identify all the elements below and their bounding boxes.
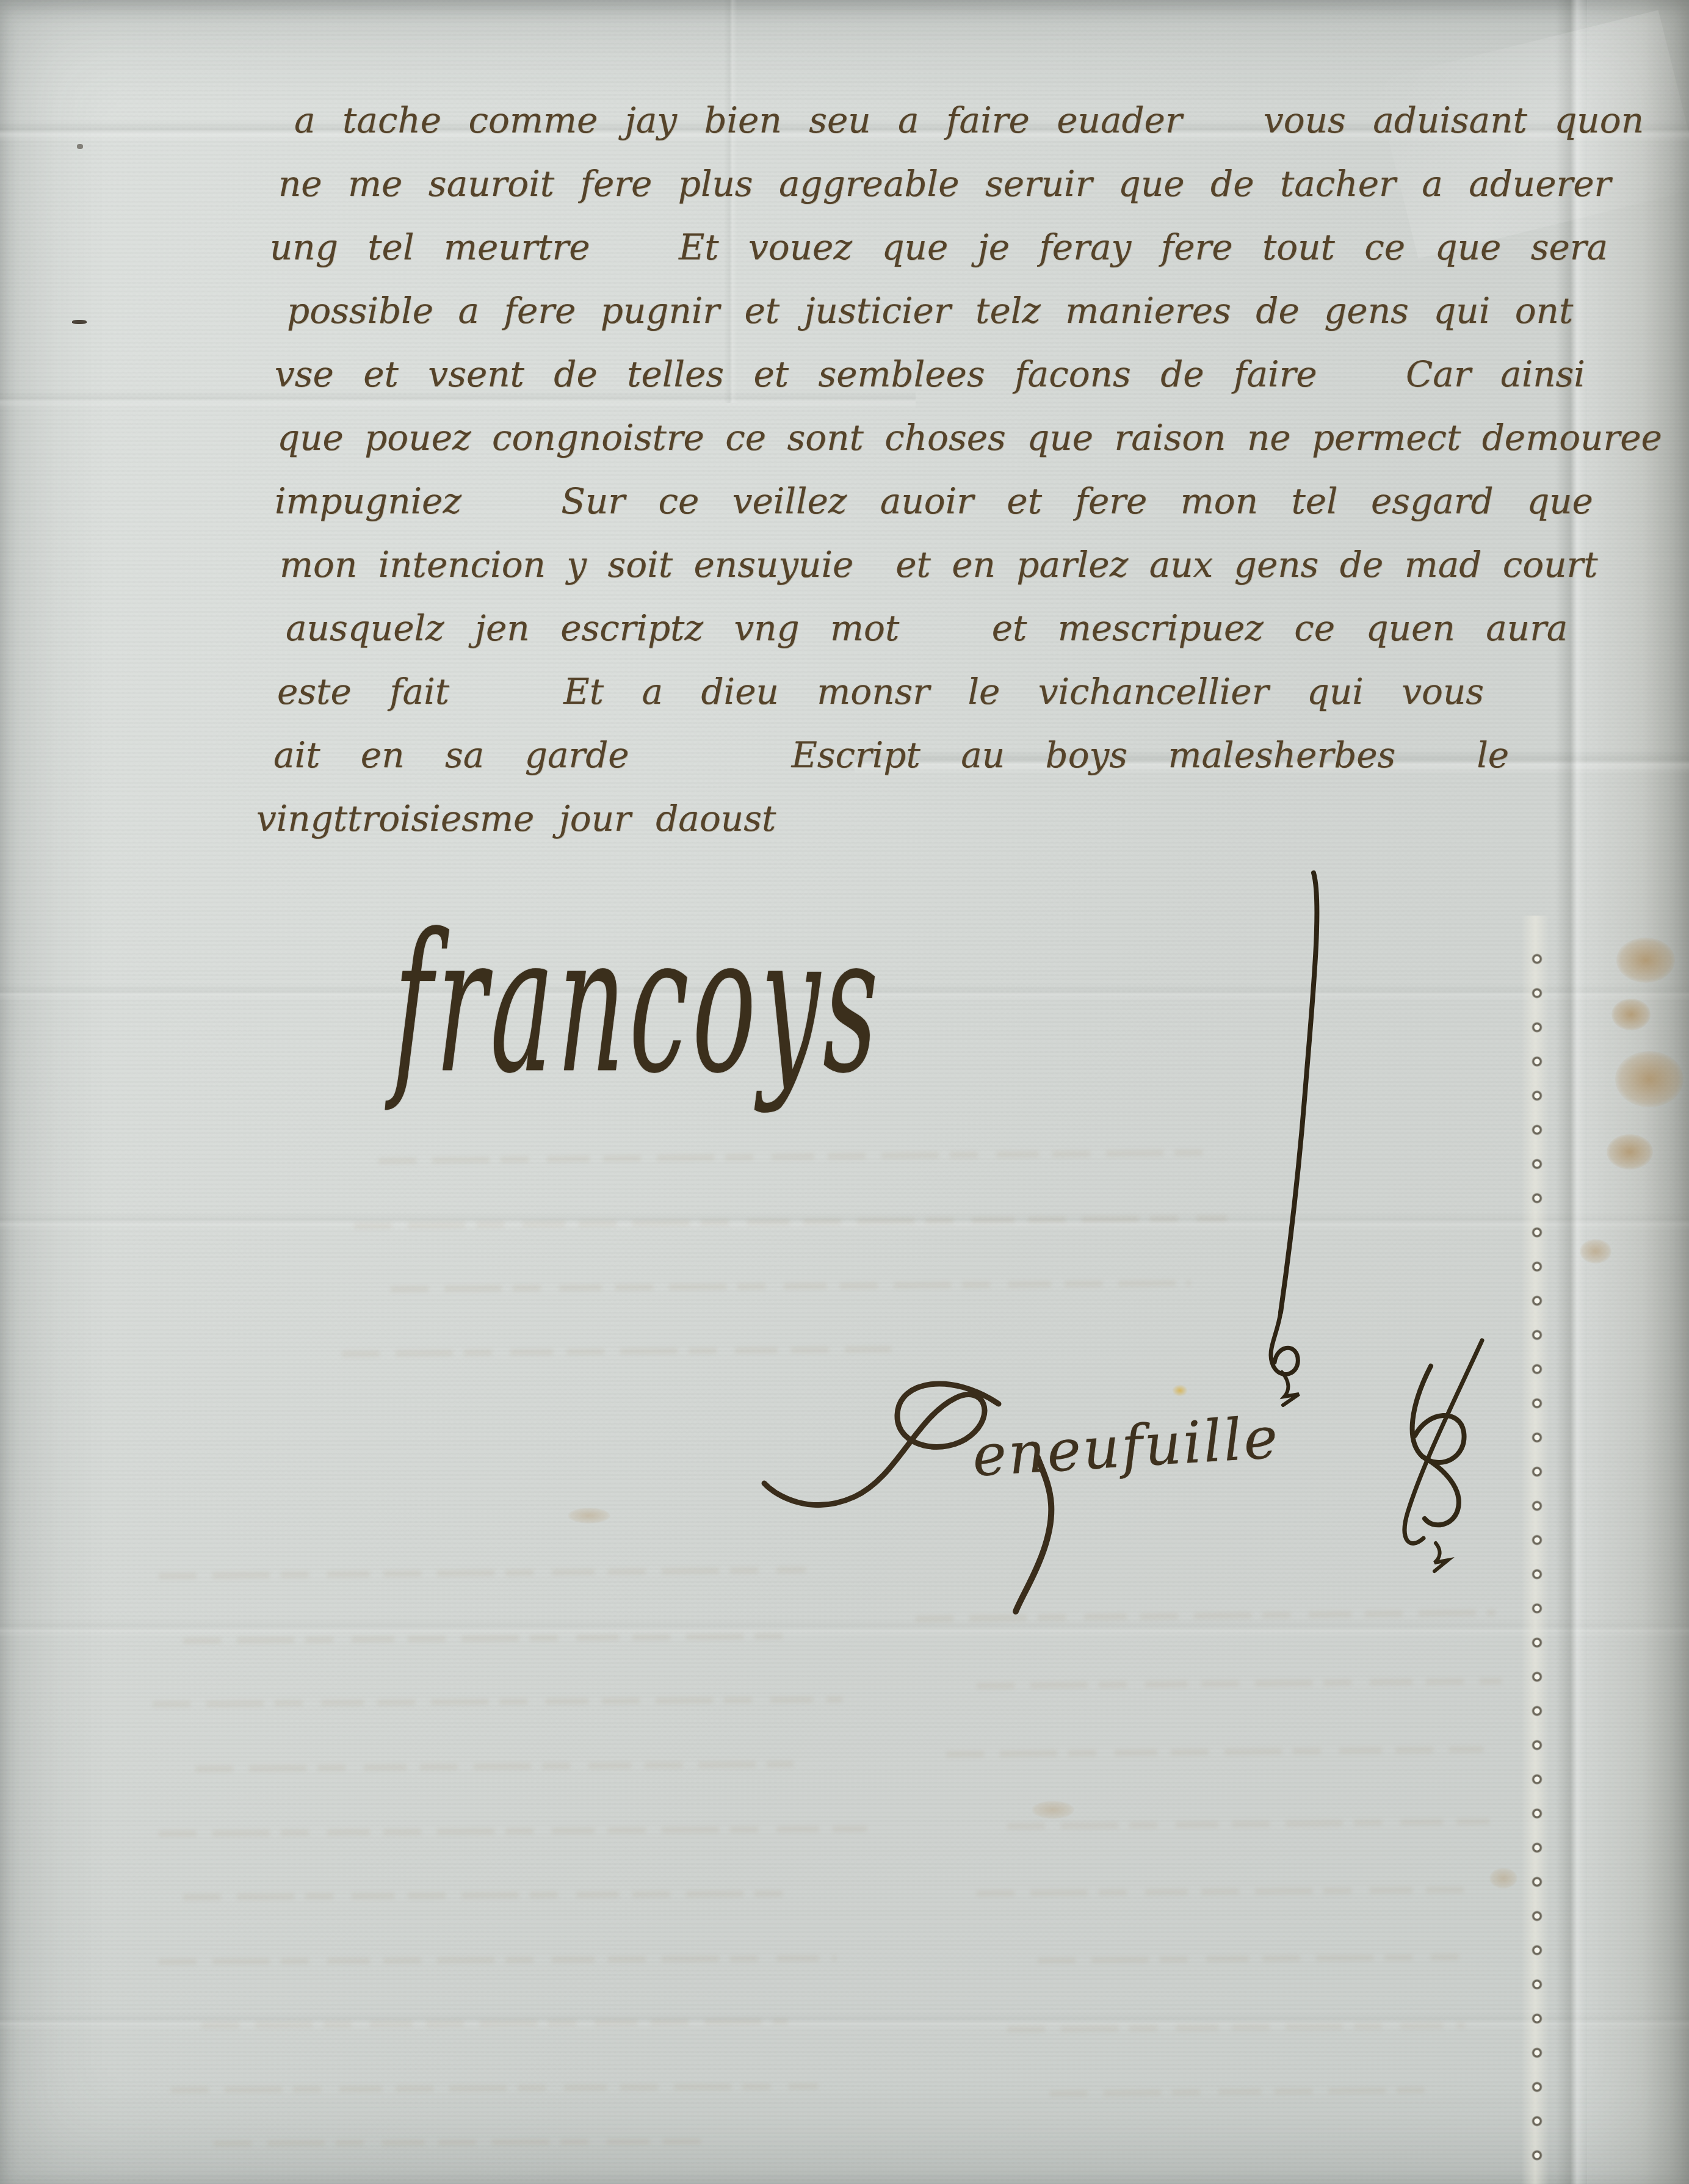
secretary-countersignature: eneufuille (971, 1405, 1281, 1490)
horizontal-crease (0, 2012, 1689, 2030)
foxing-stain (568, 1508, 610, 1524)
wax-speck (1172, 1384, 1188, 1397)
foxing-stain (1615, 1051, 1684, 1107)
ink-speck (72, 320, 87, 324)
manuscript-line-12: vingttroisiesme jour daoust (256, 801, 776, 836)
manuscript-line-10: este fait Et a dieu monsr le vichancelli… (277, 674, 1484, 709)
foxing-stain (1616, 938, 1675, 983)
manuscript-line-4: possible a fere pugnir et justicier telz… (287, 293, 1573, 328)
foxing-stain (1580, 1239, 1611, 1264)
foxing-stain (1032, 1801, 1074, 1819)
royal-signature: francoys (391, 892, 884, 1116)
horizontal-crease (0, 1619, 1689, 1637)
foxing-stain (1607, 1134, 1653, 1170)
stitch-holes-column (1528, 950, 1546, 2179)
manuscript-line-8: mon intencion y soit ensuyuie et en parl… (280, 547, 1598, 582)
letter-page: a tache comme jay bien seu a faire euade… (0, 0, 1689, 2184)
foxing-stain (1611, 999, 1651, 1030)
manuscript-line-3: ung tel meurtre Et vouez que je feray fe… (270, 230, 1608, 265)
manuscript-line-7: impugniez Sur ce veillez auoir et fere m… (275, 483, 1593, 519)
manuscript-line-9: ausquelz jen escriptz vng mot et mescrip… (286, 610, 1568, 646)
stitch-line-backing (1521, 916, 1549, 2184)
ink-speck (77, 144, 83, 149)
manuscript-line-11: ait en sa garde Escript au boys malesher… (273, 737, 1509, 773)
manuscript-line-1: a tache comme jay bien seu a faire euade… (294, 103, 1644, 138)
manuscript-line-2: ne me sauroit fere plus aggreable seruir… (278, 166, 1611, 201)
manuscript-line-6: que pouez congnoistre ce sont choses que… (277, 420, 1662, 455)
foxing-stain (1489, 1868, 1517, 1889)
right-paper-edge (1587, 0, 1689, 2184)
manuscript-line-5: vse et vsent de telles et semblees facon… (275, 356, 1585, 392)
horizontal-crease (0, 1212, 1689, 1231)
